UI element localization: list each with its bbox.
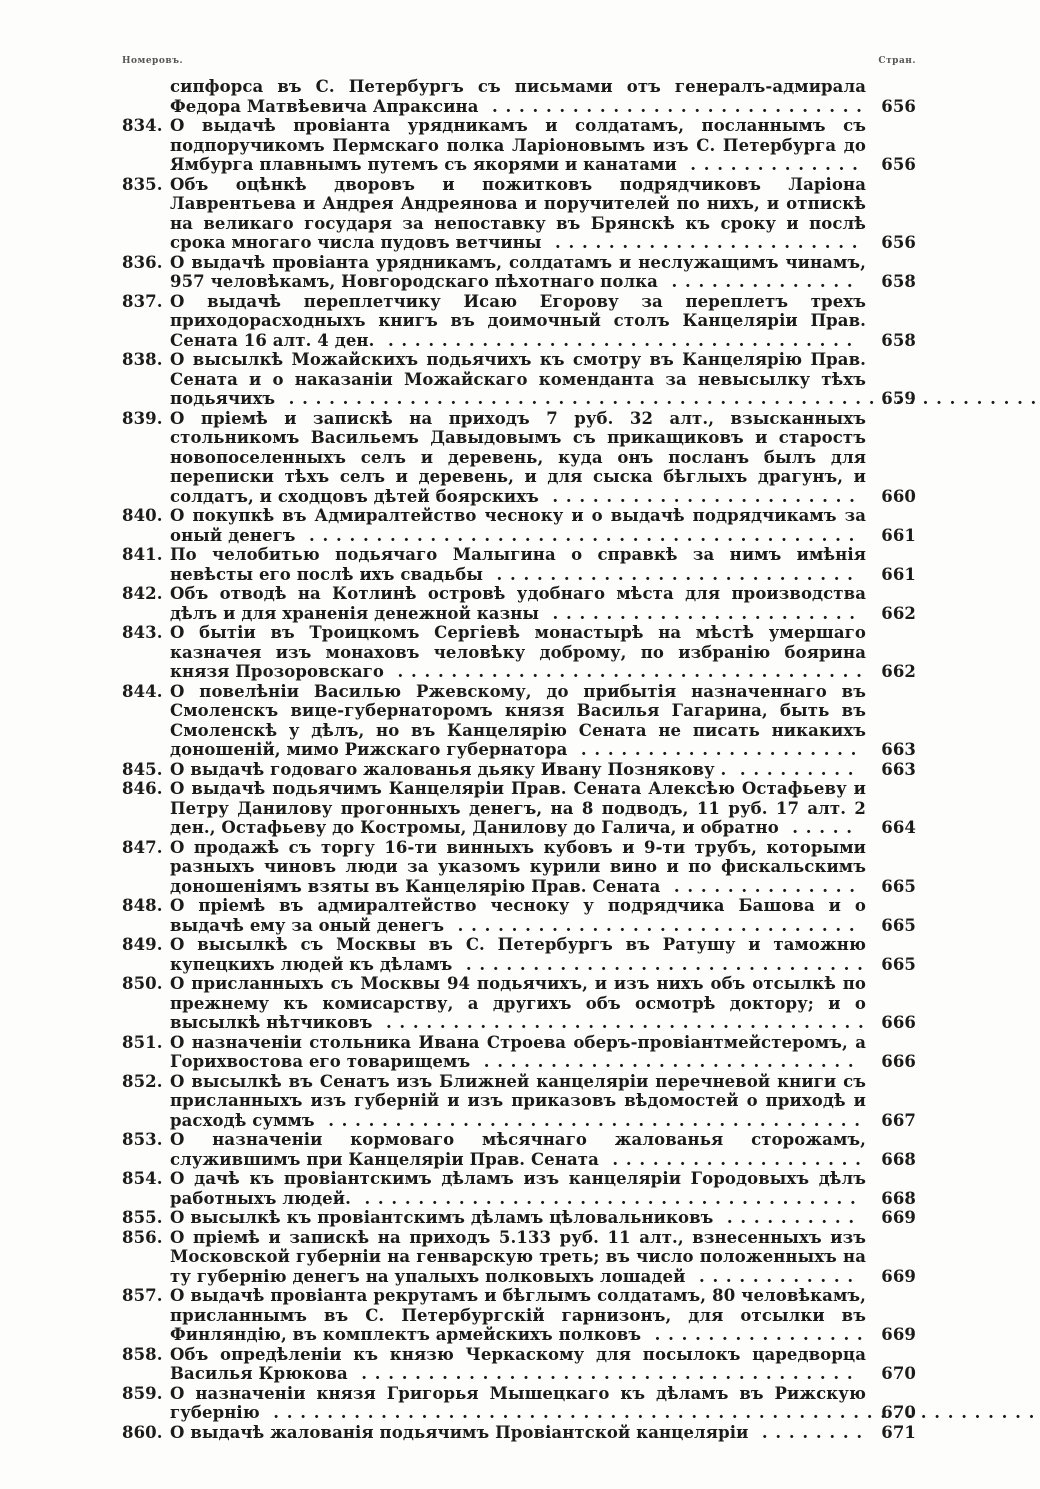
leader-dots: . . . . . . . . . . . . . . . . . . . . … — [452, 955, 863, 974]
leader-dots: . . . . . . . . . . . . . . . . . . . . … — [567, 740, 857, 759]
entry-page-number: 661 — [870, 565, 916, 585]
entry-title: О выдачѣ годоваго жалованья дьяку Ивану … — [170, 760, 726, 779]
entry-number: 839. — [122, 409, 170, 429]
entry-number: 856. — [122, 1228, 170, 1248]
entry-page-number: 663 — [870, 760, 916, 780]
entry-number: 846. — [122, 779, 170, 799]
leader-dots: . . . . . . . . . . . . . . . . . . . . … — [348, 1364, 854, 1383]
entry-page-number: 664 — [870, 818, 916, 838]
entry-number: 854. — [122, 1169, 170, 1189]
leader-dots: . . . . . . . . . . . . . . . . . . . . … — [275, 389, 1040, 408]
entry-page-number: 663 — [870, 740, 916, 760]
entry-page-number: 667 — [870, 1111, 916, 1131]
toc-list: сипфорса въ С. Петербургъ съ письмами от… — [122, 77, 916, 1442]
leader-dots: . . . . . . . . . . — [713, 1208, 855, 1227]
entry-page-number: 669 — [870, 1325, 916, 1345]
leader-dots: . . . . . . . . . . . . . . . . — [641, 1325, 864, 1344]
entry-number: 834. — [122, 116, 170, 136]
entry-page-number: 671 — [870, 1423, 916, 1443]
toc-entry: 835.Объ оцѣнкѣ дворовъ и пожитковъ подря… — [122, 175, 916, 253]
leader-dots: . . . . . . . . . . . . . . . . . . . . … — [539, 487, 856, 506]
toc-entry: 844.О повелѣніи Василью Ржевскому, до пр… — [122, 682, 916, 760]
toc-entry: 847.О продажѣ съ торгу 16-ти винныхъ куб… — [122, 838, 916, 897]
entry-number: 850. — [122, 974, 170, 994]
entry-number: 843. — [122, 623, 170, 643]
leader-dots: . . . . . . . . . . . . . . . . . . . . … — [315, 1111, 861, 1130]
leader-dots: . . . . . . . . . . . . . . . . . . . . … — [483, 565, 854, 584]
toc-entry: 834.О выдачѣ провіанта урядникамъ и солд… — [122, 116, 916, 175]
entry-title: О выдачѣ подьячимъ Канцеляріи Прав. Сена… — [170, 779, 866, 837]
leader-dots: . . . . . . . . . . . . . . . . . . . . … — [374, 331, 853, 350]
entry-page-number: 659 — [870, 389, 916, 409]
entry-number: 837. — [122, 292, 170, 312]
entry-number: 853. — [122, 1130, 170, 1150]
toc-entry: 857.О выдачѣ провіанта рекрутамъ и бѣглы… — [122, 1286, 916, 1345]
entry-page-number: 668 — [870, 1150, 916, 1170]
leader-dots: . . . . . . . . . . . . . . . . . . . . … — [479, 97, 863, 116]
leader-dots: . . . . . . . . — [748, 1423, 863, 1442]
leader-dots: . . . . . . . . . . . . . . . . . . . . … — [372, 1013, 864, 1032]
entry-page-number: 658 — [870, 272, 916, 292]
leader-dots: . . . . . . . . . — [726, 760, 854, 779]
toc-entry: 855.О высылкѣ къ провіантскимъ дѣламъ цѣ… — [122, 1208, 916, 1228]
entry-page-number: 662 — [870, 604, 916, 624]
column-header-pages: Стран. — [878, 56, 916, 66]
entry-number: 836. — [122, 253, 170, 273]
entry-page-number: 661 — [870, 526, 916, 546]
entry-page-number: 670 — [870, 1403, 916, 1423]
toc-entry: 856.О пріемѣ и запискѣ на приходъ 5.133 … — [122, 1228, 916, 1287]
toc-entry: 836.О выдачѣ провіанта урядникамъ, солда… — [122, 253, 916, 292]
leader-dots: . . . . . . . . . . . . . . . . . . . . … — [444, 916, 855, 935]
leader-dots: . . . . . — [779, 818, 853, 837]
entry-page-number: 668 — [870, 1189, 916, 1209]
entry-number: 857. — [122, 1286, 170, 1306]
entry-page-number: 670 — [870, 1364, 916, 1384]
leader-dots: . . . . . . . . . . . . . . . . . . . . … — [541, 233, 858, 252]
entry-page-number: 658 — [870, 331, 916, 351]
toc-entry: сипфорса въ С. Петербургъ съ письмами от… — [122, 77, 916, 116]
toc-entry: 839.О пріемѣ и запискѣ на приходъ 7 руб.… — [122, 409, 916, 507]
entry-number: 845. — [122, 760, 170, 780]
leader-dots: . . . . . . . . . . . . . . . . . . . . … — [384, 662, 863, 681]
toc-entry: 853.О назначеніи кормоваго мѣсячнаго жал… — [122, 1130, 916, 1169]
entry-number: 858. — [122, 1345, 170, 1365]
toc-entry: 841.По челобитью подьячаго Малыгина о сп… — [122, 545, 916, 584]
running-header: Номеровъ. Стран. — [122, 56, 916, 66]
entry-page-number: 666 — [870, 1013, 916, 1033]
entry-number: 855. — [122, 1208, 170, 1228]
toc-entry: 837.О выдачѣ переплетчику Исаю Егорову з… — [122, 292, 916, 351]
toc-entry: 843.О бытіи въ Троицкомъ Сергіевѣ монаст… — [122, 623, 916, 682]
entry-page-number: 665 — [870, 955, 916, 975]
toc-entry: 845.О выдачѣ годоваго жалованья дьяку Ив… — [122, 760, 916, 780]
entry-page-number: 660 — [870, 487, 916, 507]
leader-dots: . . . . . . . . . . . . . . . . . . . . … — [470, 1052, 854, 1071]
toc-entry: 848.О пріемѣ въ адмиралтейство чесноку у… — [122, 896, 916, 935]
entry-number: 851. — [122, 1033, 170, 1053]
scanned-book-page: Номеровъ. Стран. сипфорса въ С. Петербур… — [0, 0, 1040, 1489]
entry-page-number: 665 — [870, 916, 916, 936]
entry-number: 840. — [122, 506, 170, 526]
entry-number: 841. — [122, 545, 170, 565]
leader-dots: . . . . . . . . . . . . . . . . . . . . … — [296, 526, 856, 545]
leader-dots: . . . . . . . . . . . . . . . . . . . . … — [351, 1189, 857, 1208]
entry-number: 835. — [122, 175, 170, 195]
entry-title: О высылкѣ къ провіантскимъ дѣламъ цѣлова… — [170, 1208, 713, 1227]
entry-number: 848. — [122, 896, 170, 916]
leader-dots: . . . . . . . . . . . . . . . . . . . — [599, 1150, 862, 1169]
entry-number: 849. — [122, 935, 170, 955]
entry-number: 859. — [122, 1384, 170, 1404]
toc-entry: 851.О назначеніи стольника Ивана Строева… — [122, 1033, 916, 1072]
entry-page-number: 662 — [870, 662, 916, 682]
leader-dots: . . . . . . . . . . . . . — [677, 155, 859, 174]
entry-number: 847. — [122, 838, 170, 858]
column-header-numbers: Номеровъ. — [122, 56, 183, 66]
toc-entry: 854.О дачѣ къ провіантскимъ дѣламъ изъ к… — [122, 1169, 916, 1208]
toc-entry: 846.О выдачѣ подьячимъ Канцеляріи Прав. … — [122, 779, 916, 838]
toc-entry: 849.О высылкѣ съ Москвы въ С. Петербургъ… — [122, 935, 916, 974]
toc-entry: 860.О выдачѣ жалованія подьячимъ Провіан… — [122, 1423, 916, 1443]
entry-number: 844. — [122, 682, 170, 702]
entry-number: 842. — [122, 584, 170, 604]
toc-entry: 842.Объ отводѣ на Котлинѣ островѣ удобна… — [122, 584, 916, 623]
leader-dots: . . . . . . . . . . . . . . . . . . . . … — [539, 604, 856, 623]
entry-number: 852. — [122, 1072, 170, 1092]
toc-entry: 859.О назначеніи князя Григорья Мышецкаг… — [122, 1384, 916, 1423]
leader-dots: . . . . . . . . . . . . . . . . . . . . … — [260, 1403, 1040, 1422]
entry-page-number: 656 — [870, 233, 916, 253]
toc-entry: 840.О покупкѣ въ Адмиралтейство чесноку … — [122, 506, 916, 545]
entry-page-number: 669 — [870, 1208, 916, 1228]
leader-dots: . . . . . . . . . . . . . . — [660, 877, 856, 896]
toc-entry: 838.О высылкѣ Можайскихъ подьячихъ къ см… — [122, 350, 916, 409]
toc-entry: 850.О присланныхъ съ Москвы 94 подьячихъ… — [122, 974, 916, 1033]
entry-page-number: 666 — [870, 1052, 916, 1072]
entry-page-number: 665 — [870, 877, 916, 897]
leader-dots: . . . . . . . . . . . . — [685, 1267, 854, 1286]
entry-title: О выдачѣ жалованія подьячимъ Провіантско… — [170, 1423, 748, 1442]
entry-number: 860. — [122, 1423, 170, 1443]
entry-page-number: 656 — [870, 97, 916, 117]
entry-page-number: 669 — [870, 1267, 916, 1287]
toc-entry: 858.Объ опредѣленіи къ князю Черкаскому … — [122, 1345, 916, 1384]
entry-number: 838. — [122, 350, 170, 370]
toc-entry: 852.О высылкѣ въ Сенатъ изъ Ближней канц… — [122, 1072, 916, 1131]
entry-page-number: 656 — [870, 155, 916, 175]
leader-dots: . . . . . . . . . . . . . . — [658, 272, 854, 291]
